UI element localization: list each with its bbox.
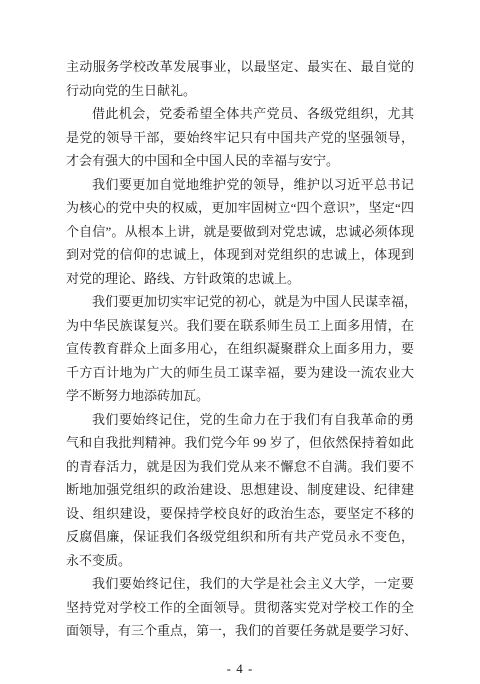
text-line: 我们要更加自觉地维护党的领导，维护以习近平总书记 (66, 173, 414, 197)
text-line: 到对党的信仰的忠诚上，体现到对党组织的忠诚上，体现到 (66, 243, 414, 267)
text-line: 学不断努力地添砖加瓦。 (66, 384, 414, 408)
text-line: 千方百计地为广大的师生员工谋幸福，要为建设一流农业大 (66, 361, 414, 385)
text-line: 行动向党的生日献礼。 (66, 79, 414, 103)
text-line: 坚持党对学校工作的全面领导。贯彻落实党对学校工作的全 (66, 596, 414, 620)
text-line: 对党的理论、路线、方针政策的忠诚上。 (66, 267, 414, 291)
text-line: 个自信”。从根本上讲，就是要做到对党忠诚，忠诚必须体现 (66, 220, 414, 244)
text-line: 宣传教育群众上面多用心，在组织凝聚群众上面多用力，要 (66, 337, 414, 361)
text-line: 主动服务学校改革发展事业，以最坚定、最实在、最自觉的 (66, 55, 414, 79)
text-line: 断地加强党组织的政治建设、思想建设、制度建设、纪律建 (66, 478, 414, 502)
text-line: 反腐倡廉，保证我们各级党组织和所有共产党员永不变色， (66, 525, 414, 549)
text-line: 才会有强大的中国和全中国人民的幸福与安宁。 (66, 149, 414, 173)
document-body: 主动服务学校改革发展事业，以最坚定、最实在、最自觉的行动向党的生日献礼。借此机会… (66, 55, 414, 643)
text-line: 我们要始终记住，我们的大学是社会主义大学，一定要 (66, 572, 414, 596)
text-line: 的青春活力，就是因为我们党从来不懈怠不自满。我们要不 (66, 455, 414, 479)
text-line: 气和自我批判精神。我们党今年 99 岁了，但依然保持着如此 (66, 431, 414, 455)
text-line: 永不变质。 (66, 549, 414, 573)
document-page: 主动服务学校改革发展事业，以最坚定、最实在、最自觉的行动向党的生日献礼。借此机会… (0, 0, 480, 684)
text-line: 为中华民族谋复兴。我们要在联系师生员工上面多用情，在 (66, 314, 414, 338)
text-line: 借此机会，党委希望全体共产党员、各级党组织，尤其 (66, 102, 414, 126)
text-line: 面领导，有三个重点，第一，我们的首要任务就是要学习好、 (66, 619, 414, 643)
text-line: 我们要始终记住，党的生命力在于我们有自我革命的勇 (66, 408, 414, 432)
text-line: 我们要更加切实牢记党的初心，就是为中国人民谋幸福， (66, 290, 414, 314)
text-line: 为核心的党中央的权威，更加牢固树立“四个意识”，坚定“四 (66, 196, 414, 220)
text-line: 是党的领导干部，要始终牢记只有中国共产党的坚强领导， (66, 126, 414, 150)
page-number: - 4 - (0, 661, 480, 677)
text-line: 设、组织建设，要保持学校良好的政治生态，要坚定不移的 (66, 502, 414, 526)
